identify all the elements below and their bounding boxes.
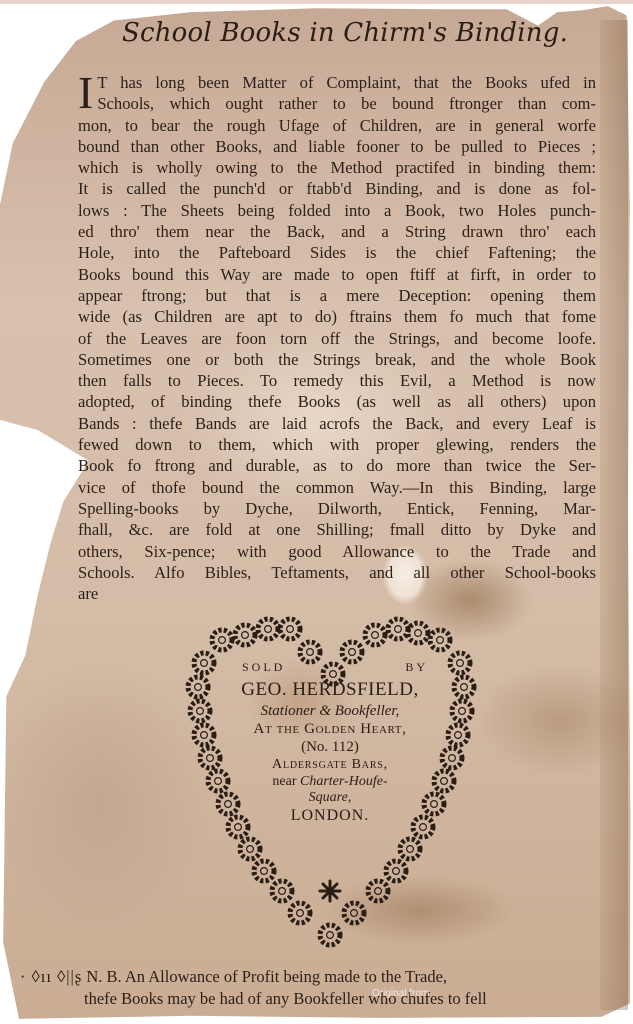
drop-cap: I (78, 74, 93, 112)
body-line: Schools, which ought rather to be bound … (78, 93, 596, 114)
document-title: School Books in Chirm's Binding. (110, 18, 580, 48)
body-paragraph: I T has long been Matter of Complaint, t… (78, 72, 596, 604)
footer-line-1-text: N. B. An Allowance of Profit being made … (86, 967, 447, 986)
body-line: vice of thofe bound the common Way.—In t… (78, 477, 596, 498)
watermark-text: Original from (372, 988, 429, 999)
body-line: of the Leaves are foon torn off the Stri… (78, 328, 596, 349)
by-label: BY (405, 660, 428, 675)
margin-marks: · ◊ıı ◊||ʂ (20, 967, 82, 986)
body-line: appear ftrong; but that is a mere Decept… (78, 285, 596, 306)
page-spine-shadow (600, 20, 628, 1010)
seller-occupation: Stationer & Bookfeller, (190, 703, 470, 720)
shop-street: Aldersgate Bars, (190, 757, 470, 773)
footer-line-1: · ◊ıı ◊||ʂ N. B. An Allowance of Profit … (20, 966, 600, 988)
body-line: Sometimes one or both the Strings break,… (78, 349, 596, 370)
body-line: which is wholly owing to the Method prac… (78, 157, 596, 178)
body-line: fewed down to them, which with proper gl… (78, 434, 596, 455)
body-line: Bands : thefe Bands are laid acrofs the … (78, 413, 596, 434)
body-line: ed thro' them near the Back, and a Strin… (78, 221, 596, 242)
body-line: others, Six-pence; with good Allowance t… (78, 541, 596, 562)
body-line: fhall, &c. are fold at one Shilling; fma… (78, 519, 596, 540)
sold-by-line: SOLD BY (190, 660, 470, 675)
sold-label: SOLD (242, 660, 285, 675)
body-line: Spelling-books by Dyche, Dilworth, Entic… (78, 498, 596, 519)
body-line: Books bound this Way are made to open ft… (78, 264, 596, 285)
shop-square: Square, (190, 790, 470, 806)
body-line: lows : The Sheets being folded into a Bo… (78, 200, 596, 221)
shop-sign: At the Golden Heart, (190, 721, 470, 738)
near-prefix: near (272, 774, 300, 789)
body-line: Schools. Alfo Bibles, Teftaments, and al… (78, 562, 596, 583)
body-line: mon, to bear the rough Ufage of Children… (78, 115, 596, 136)
body-line: It is called the punch'd or ftabb'd Bind… (78, 178, 596, 199)
footer-note: · ◊ıı ◊||ʂ N. B. An Allowance of Profit … (20, 966, 600, 1010)
body-line: T has long been Matter of Complaint, tha… (78, 72, 596, 93)
body-line: bound than other Books, and liable foone… (78, 136, 596, 157)
shop-landmark: near Charter-Houfe- (190, 774, 470, 790)
shop-number: (No. 112) (190, 739, 470, 756)
body-line: wide (as Children are apt to do) ftrains… (78, 306, 596, 327)
seller-imprint: SOLD BY GEO. HERDSFIELD, Stationer & Boo… (190, 660, 470, 825)
seller-name: GEO. HERDSFIELD, (190, 679, 470, 701)
body-line: adopted, of binding thefe Books (as well… (78, 391, 596, 412)
near-place: Charter-Houfe- (300, 774, 388, 789)
shop-city: LONDON. (190, 807, 470, 825)
body-line: Hole, into the Pafteboard Sides is the c… (78, 242, 596, 263)
top-edge-band (0, 0, 633, 4)
body-line: are (78, 583, 596, 604)
body-line: then falls to Pieces. To remedy this Evi… (78, 370, 596, 391)
body-line: Book fo ftrong and durable, as to do mor… (78, 455, 596, 476)
footer-line-2: thefe Books may be had of any Bookfeller… (20, 988, 600, 1010)
